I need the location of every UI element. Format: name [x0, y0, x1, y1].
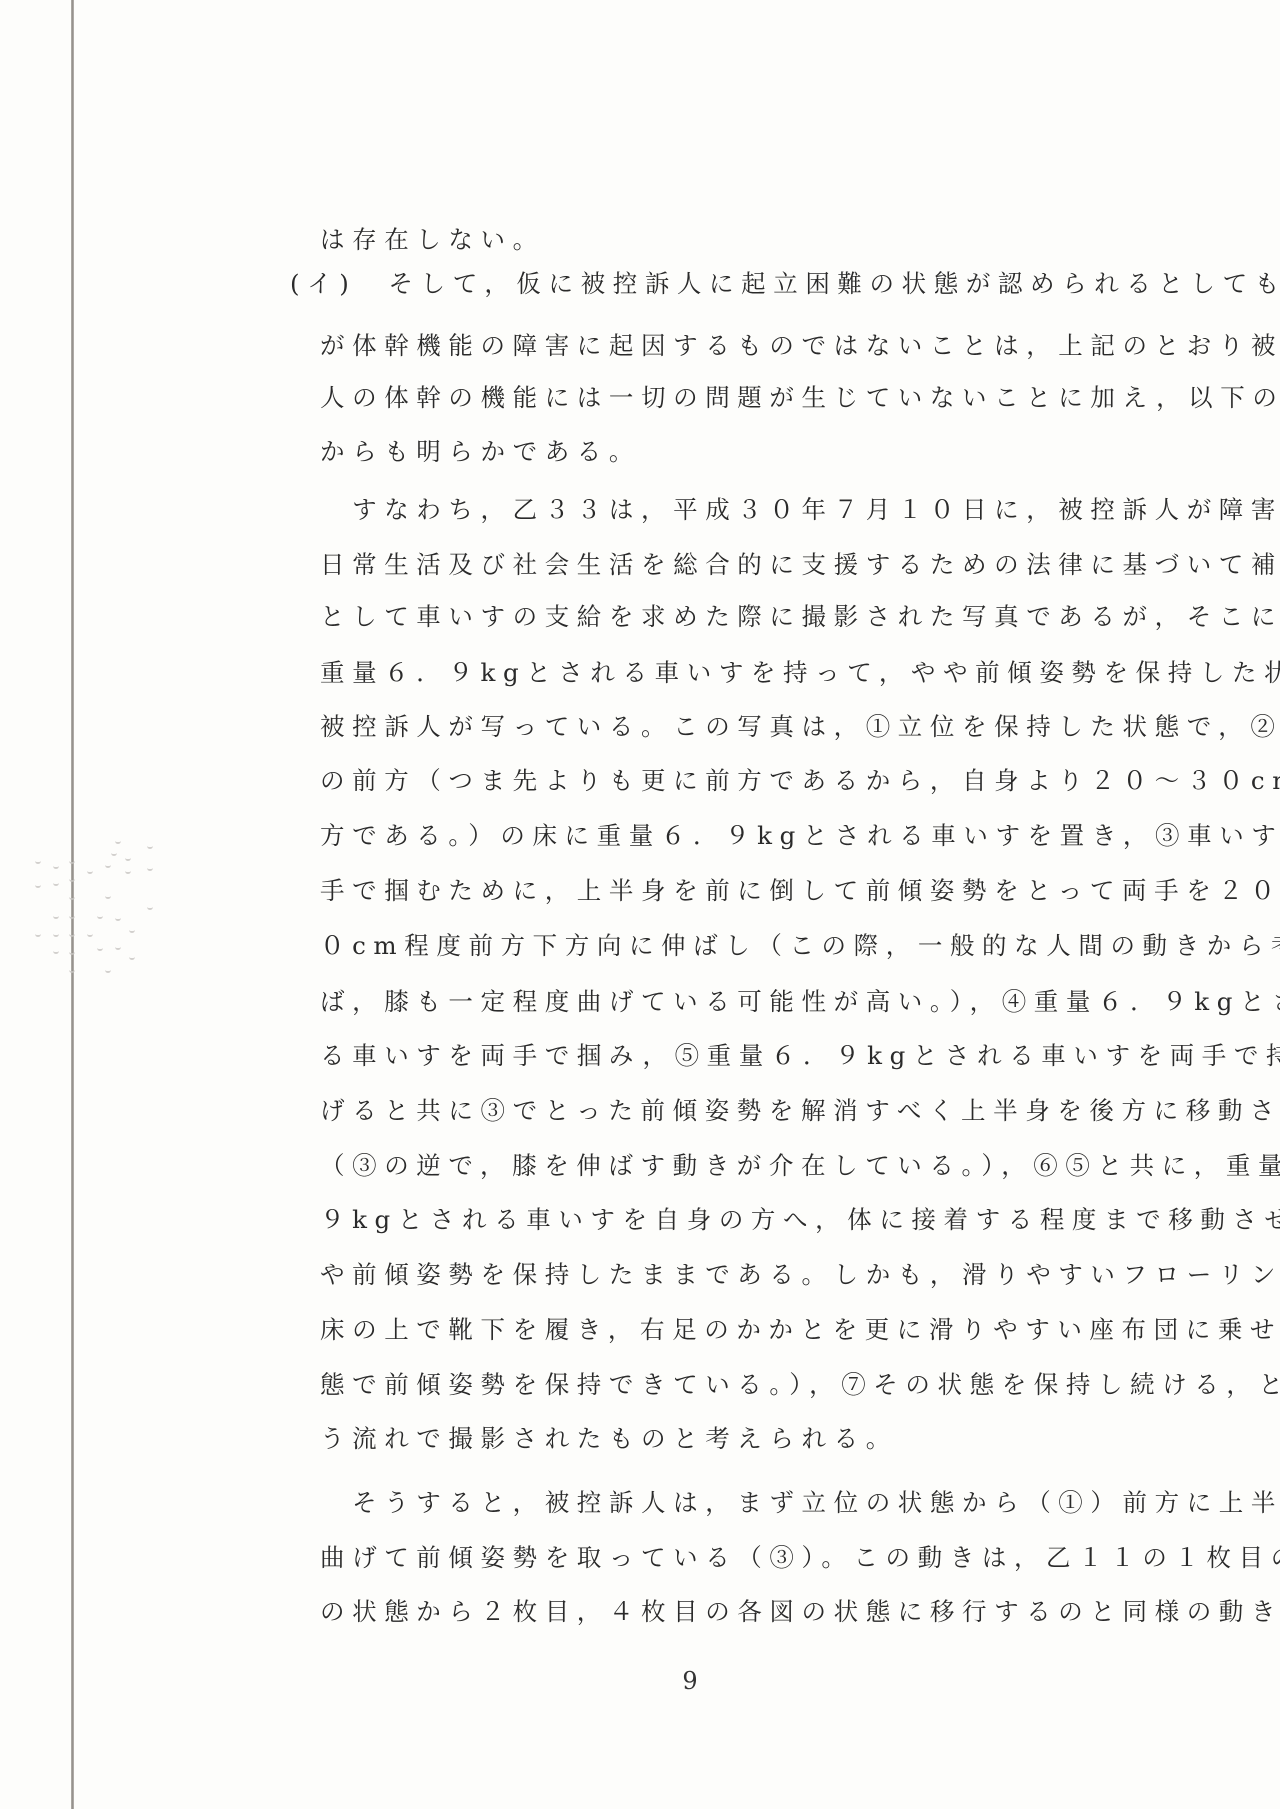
text-line: の状態から２枚目，４枚目の各図の状態に移行するのと同様の動きであ [320, 1592, 1200, 1632]
binding-mark [125, 856, 131, 861]
binding-mark [129, 928, 135, 933]
text-line: げると共に③でとった前傾姿勢を解消すべく上半身を後方に移動させ [320, 1091, 1200, 1131]
text-line: (イ) そして，仮に被控訴人に起立困難の状態が認められるとしても，それ [290, 264, 1170, 304]
text-line: からも明らかである。 [320, 432, 1200, 472]
binding-mark [87, 932, 93, 937]
text-line: 手で掴むために，上半身を前に倒して前傾姿勢をとって両手を２０～３ [320, 871, 1200, 911]
binding-mark [35, 883, 41, 888]
text-line: 重量６．９kgとされる車いすを持って，やや前傾姿勢を保持した状態の [320, 653, 1200, 693]
text-line: 方である。）の床に重量６．９kgとされる車いすを置き，③車いすを両 [320, 816, 1200, 856]
text-line: そうすると，被控訴人は，まず立位の状態から（①）前方に上半身を [320, 1483, 1200, 1523]
text-line: ０cm程度前方下方向に伸ばし（この際，一般的な人間の動きから考えれ [320, 926, 1200, 966]
binding-mark [53, 881, 59, 886]
binding-mark [97, 946, 103, 951]
binding-mark [53, 864, 59, 869]
binding-hole-marks [0, 0, 200, 1809]
binding-mark [125, 869, 131, 874]
text-line: う流れで撮影されたものと考えられる。 [320, 1419, 1200, 1459]
text-line: ば，膝も一定程度曲げている可能性が高い。），④重量６．９kgとされ [320, 982, 1200, 1022]
binding-mark [53, 949, 59, 954]
binding-mark [69, 914, 75, 919]
binding-mark [69, 950, 75, 955]
binding-mark [35, 932, 41, 937]
text-line: 日常生活及び社会生活を総合的に支援するための法律に基づいて補装具 [320, 545, 1200, 585]
text-line: が体幹機能の障害に起因するものではないことは，上記のとおり被控訴 [320, 326, 1200, 366]
text-line: 曲げて前傾姿勢を取っている（③）。この動きは，乙１１の１枚目の図 [320, 1538, 1200, 1578]
binding-mark [147, 905, 153, 910]
page-number: 9 [675, 1667, 705, 1695]
binding-mark [105, 894, 111, 899]
binding-mark [53, 914, 59, 919]
text-line: 被控訴人が写っている。この写真は，①立位を保持した状態で，②自ら [320, 707, 1200, 747]
binding-mark [129, 955, 135, 960]
text-line: （③の逆で，膝を伸ばす動きが介在している。），⑥⑤と共に，重量６． [320, 1146, 1200, 1186]
binding-mark [147, 866, 153, 871]
binding-mark [87, 869, 93, 874]
text-line: や前傾姿勢を保持したままである。しかも，滑りやすいフローリングの [320, 1255, 1200, 1295]
binding-mark [69, 932, 75, 937]
text-line: 態で前傾姿勢を保持できている。），⑦その状態を保持し続ける，とい [320, 1365, 1200, 1405]
binding-mark [35, 859, 41, 864]
binding-mark [147, 844, 153, 849]
binding-mark [115, 839, 121, 844]
binding-mark [111, 851, 117, 856]
text-line: 床の上で靴下を履き，右足のかかとを更に滑りやすい座布団に乗せた状 [320, 1310, 1200, 1350]
binding-mark [105, 968, 111, 973]
text-line: ９kgとされる車いすを自身の方へ，体に接着する程度まで移動させ（や [320, 1200, 1200, 1240]
binding-mark [69, 877, 75, 882]
binding-mark [69, 895, 75, 900]
binding-mark [69, 968, 75, 973]
binding-mark [53, 932, 59, 937]
binding-mark [97, 914, 103, 919]
text-line: の前方（つま先よりも更に前方であるから，自身より２０～３０cmは前 [320, 761, 1200, 801]
binding-mark [69, 859, 75, 864]
text-line: として車いすの支給を求めた際に撮影された写真であるが，そこには， [320, 597, 1200, 637]
text-line: すなわち，乙３３は，平成３０年７月１０日に，被控訴人が障害者の [320, 490, 1200, 530]
text-line: 人の体幹の機能には一切の問題が生じていないことに加え，以下の事実 [320, 378, 1200, 418]
document-page: は存在しない。(イ) そして，仮に被控訴人に起立困難の状態が認められるとしても，… [0, 0, 1280, 1809]
binding-mark [105, 863, 111, 868]
text-line: は存在しない。 [320, 220, 1200, 260]
text-line: る車いすを両手で掴み，⑤重量６．９kgとされる車いすを両手で持ち上 [320, 1036, 1200, 1076]
binding-mark [115, 916, 121, 921]
binding-mark [115, 945, 121, 950]
